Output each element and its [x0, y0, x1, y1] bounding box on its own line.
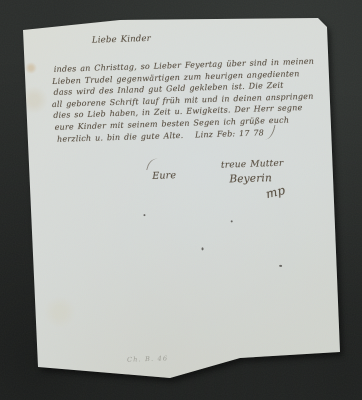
ink-speck [231, 220, 233, 222]
signature-block: treue Mutter Beyerin [221, 158, 284, 187]
signature-line-1: treue Mutter [221, 158, 284, 173]
salutation: Liebe Kinder [92, 34, 151, 46]
pencil-archive-note: Ch. B. 46 [127, 354, 169, 363]
letter-body: indes an Christtag, so Lieber Feyertag ü… [52, 56, 317, 145]
ink-speck [279, 265, 282, 267]
letter-content: Liebe Kinder indes an Christtag, so Lieb… [0, 0, 362, 400]
valediction: Eure [152, 170, 176, 182]
signature-flourish: mp [264, 183, 286, 201]
closing-line: herzlich u. bin die gute Alte. [57, 130, 184, 143]
photo-stage: Liebe Kinder indes an Christtag, so Lieb… [0, 0, 362, 400]
ink-speck [143, 214, 145, 216]
dateline: Linz Feb: 17 78 [195, 128, 264, 139]
ink-speck [201, 247, 203, 250]
